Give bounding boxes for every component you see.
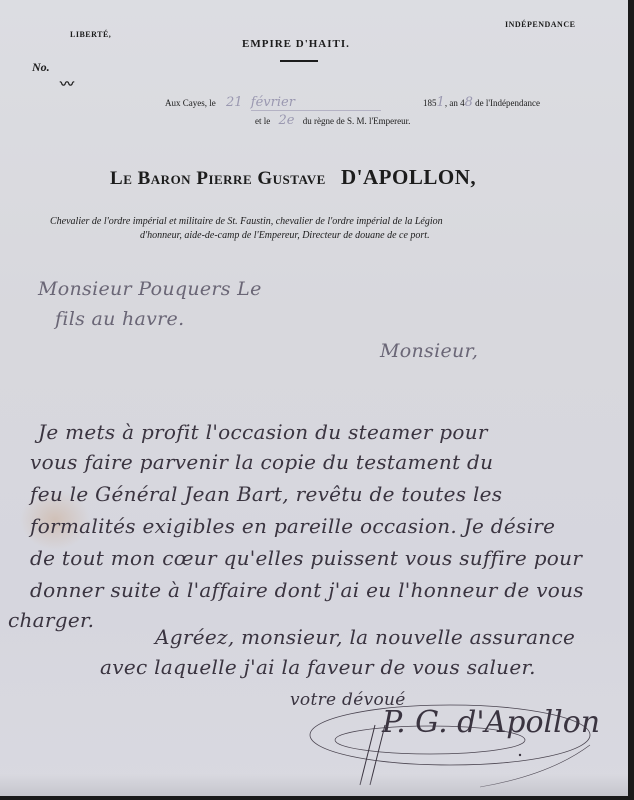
sender-surname: D'APOLLON,	[341, 165, 476, 189]
independence-prefix: , an 4	[445, 98, 465, 108]
motto-liberte: LIBERTÉ,	[70, 30, 111, 39]
year-handwritten: 1	[437, 95, 445, 110]
signature: P. G. d'Apollon	[300, 695, 600, 790]
letter-page: LIBERTÉ, INDÉPENDANCE EMPIRE D'HAITI. No…	[0, 0, 628, 796]
dateline: Aux Cayes, le 21 février 1851, an 48 de …	[165, 95, 540, 111]
heading-rule	[280, 60, 318, 62]
dateline-reign: et le 2e du règne de S. M. l'Empereur.	[255, 113, 410, 128]
sender-qualifications-2: d'honneur, aide-de-camp de l'Empereur, D…	[140, 230, 430, 241]
body-line: Agréez, monsieur, la nouvelle assurance	[155, 625, 575, 649]
body-line: feu le Général Jean Bart, revêtu de tout…	[30, 482, 502, 506]
number-label: No.	[32, 60, 50, 75]
reign-suffix: du règne de S. M. l'Empereur.	[303, 116, 411, 126]
addressee-line-1: Monsieur Pouquers Le	[38, 278, 262, 300]
body-line: vous faire parvenir la copie du testamen…	[30, 450, 493, 474]
addressee-line-2: fils au havre.	[55, 308, 184, 330]
signature-text: P. G. d'Apollon	[382, 705, 600, 740]
number-flourish: 〰	[60, 74, 74, 94]
month-handwritten: février	[251, 95, 381, 111]
body-line: avec laquelle j'ai la faveur de vous sal…	[100, 655, 536, 679]
body-line: charger.	[8, 608, 94, 632]
motto-independance: INDÉPENDANCE	[505, 20, 575, 29]
independence-suffix: de l'Indépendance	[475, 98, 540, 108]
reign-handwritten: 2e	[279, 113, 295, 128]
body-line: Je mets à profit l'occasion du steamer p…	[38, 420, 488, 444]
body-line: de tout mon cœur qu'elles puissent vous …	[30, 546, 582, 570]
independence-handwritten: 8	[465, 95, 473, 110]
sender-qualifications-1: Chevalier de l'ordre impérial et militai…	[50, 216, 443, 227]
reign-prefix: et le	[255, 116, 270, 126]
body-line: donner suite à l'affaire dont j'ai eu l'…	[30, 578, 584, 602]
day-handwritten: 21	[226, 95, 243, 110]
place-prefix: Aux Cayes, le	[165, 98, 216, 108]
body-line: formalités exigibles en pareille occasio…	[30, 514, 555, 538]
salutation: Monsieur,	[380, 340, 478, 362]
sender-title: LE BARON PIERRE GUSTAVE D'APOLLON,	[110, 165, 476, 190]
state-heading: EMPIRE D'HAITI.	[242, 38, 350, 50]
year-printed: 185	[423, 98, 437, 108]
